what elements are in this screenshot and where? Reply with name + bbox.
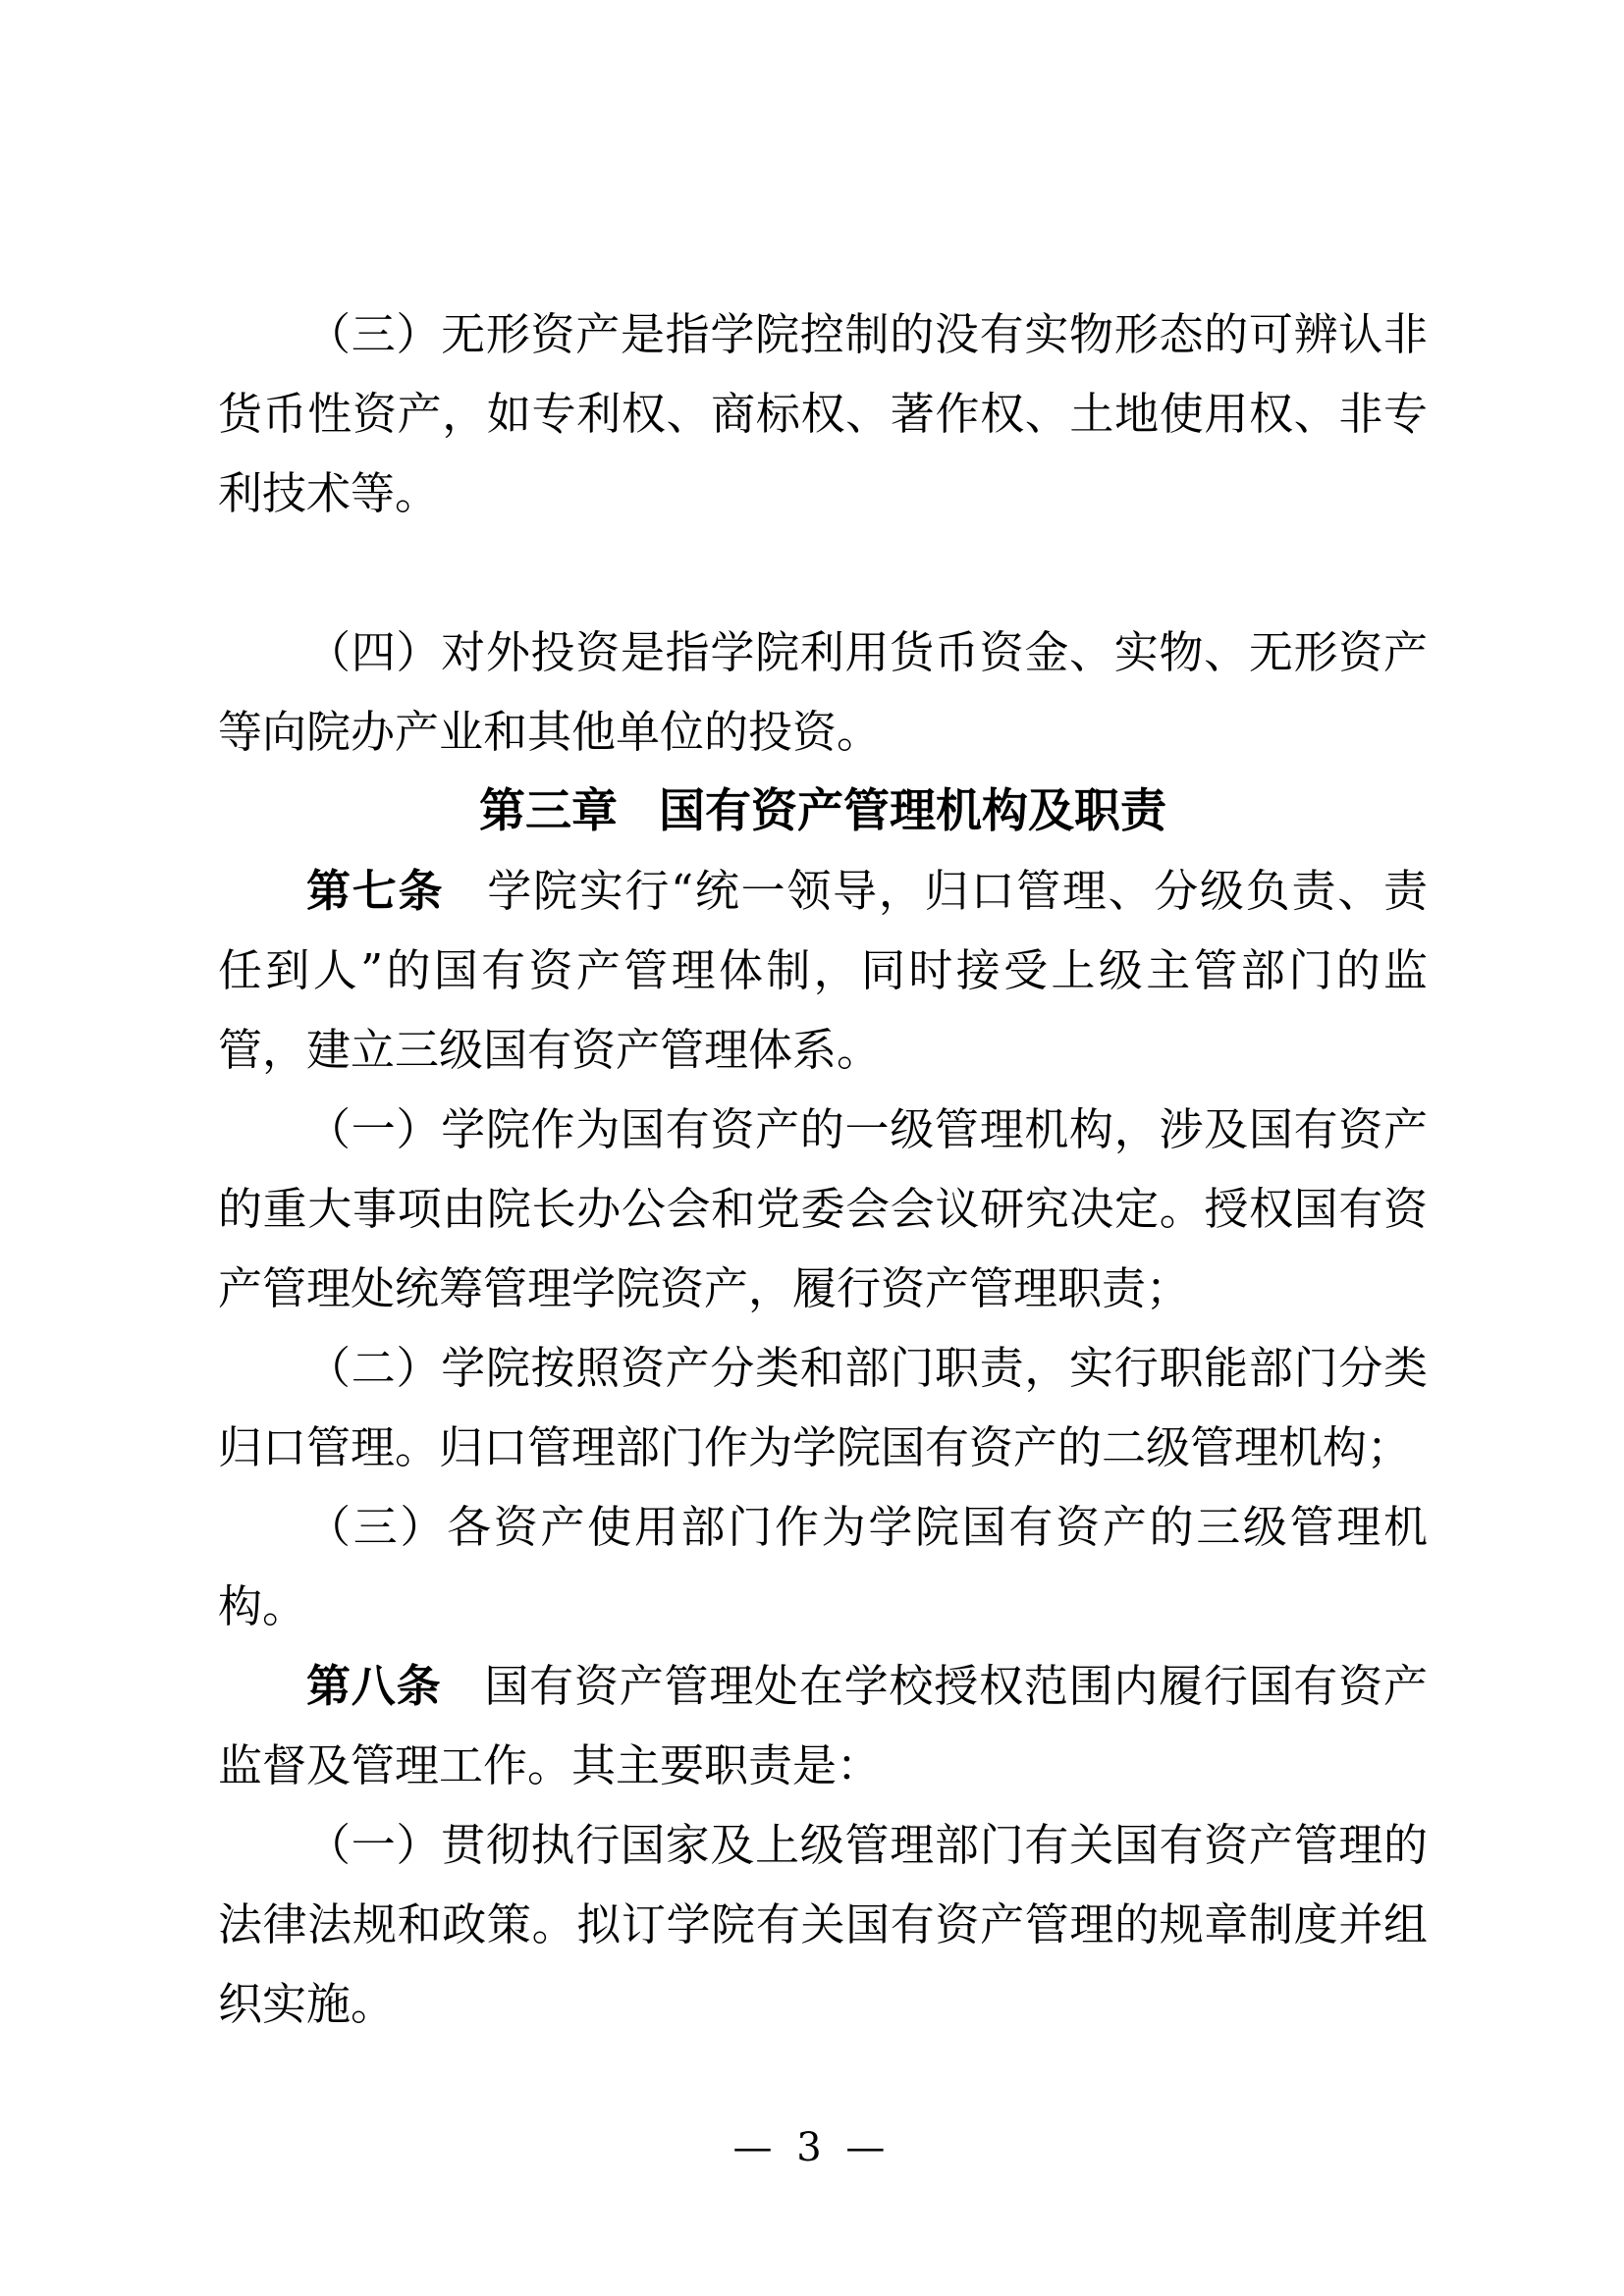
paragraph-third-level-management: （三）各资产使用部门作为学院国有资产的三级管理机构。 (218, 1487, 1428, 1646)
chapter-title: 国有资产管理机构及职责 (659, 784, 1166, 838)
article-eight: 第八条国有资产管理处在学校授权范围内履行国有资产监督及管理工作。其主要职责是： (218, 1646, 1428, 1805)
chapter-number: 第三章 (479, 784, 618, 838)
paragraph-text: （一）学院作为国有资产的一级管理机构，涉及国有资产的重大事项由院长办公会和党委会… (218, 1103, 1428, 1314)
document-body: （三）无形资产是指学院控制的没有实物形态的可辨认非货币性资产，如专利权、商标权、… (218, 294, 1428, 2044)
article-seven-label: 第七条 (306, 865, 444, 917)
paragraph-duty-one: （一）贯彻执行国家及上级管理部门有关国有资产管理的法律法规和政策。拟订学院有关国… (218, 1805, 1428, 2044)
blank-line-spacer (218, 533, 1428, 613)
page-number: — 3 — (0, 2118, 1624, 2177)
chapter-heading: 第三章国有资产管理机构及职责 (218, 772, 1428, 851)
paragraph-text: （二）学院按照资产分类和部门职责，实行职能部门分类归口管理。归口管理部门作为学院… (218, 1342, 1428, 1473)
paragraph-text: （三）各资产使用部门作为学院国有资产的三级管理机构。 (218, 1501, 1428, 1632)
paragraph-intangible-assets: （三）无形资产是指学院控制的没有实物形态的可辨认非货币性资产，如专利权、商标权、… (218, 294, 1428, 533)
paragraph-external-investment: （四）对外投资是指学院利用货币资金、实物、无形资产等向院办产业和其他单位的投资。 (218, 613, 1428, 772)
article-eight-label: 第八条 (306, 1660, 441, 1712)
paragraph-text: （四）对外投资是指学院利用货币资金、实物、无形资产等向院办产业和其他单位的投资。 (218, 626, 1428, 758)
paragraph-first-level-management: （一）学院作为国有资产的一级管理机构，涉及国有资产的重大事项由院长办公会和党委会… (218, 1090, 1428, 1328)
paragraph-text: （一）贯彻执行国家及上级管理部门有关国有资产管理的法律法规和政策。拟订学院有关国… (218, 1819, 1428, 2030)
paragraph-text: （三）无形资产是指学院控制的没有实物形态的可辨认非货币性资产，如专利权、商标权、… (218, 308, 1428, 519)
document-page: （三）无形资产是指学院控制的没有实物形态的可辨认非货币性资产，如专利权、商标权、… (0, 0, 1624, 2296)
article-seven: 第七条学院实行“统一领导，归口管理、分级负责、责任到人”的国有资产管理体制，同时… (218, 851, 1428, 1090)
paragraph-second-level-management: （二）学院按照资产分类和部门职责，实行职能部门分类归口管理。归口管理部门作为学院… (218, 1328, 1428, 1487)
